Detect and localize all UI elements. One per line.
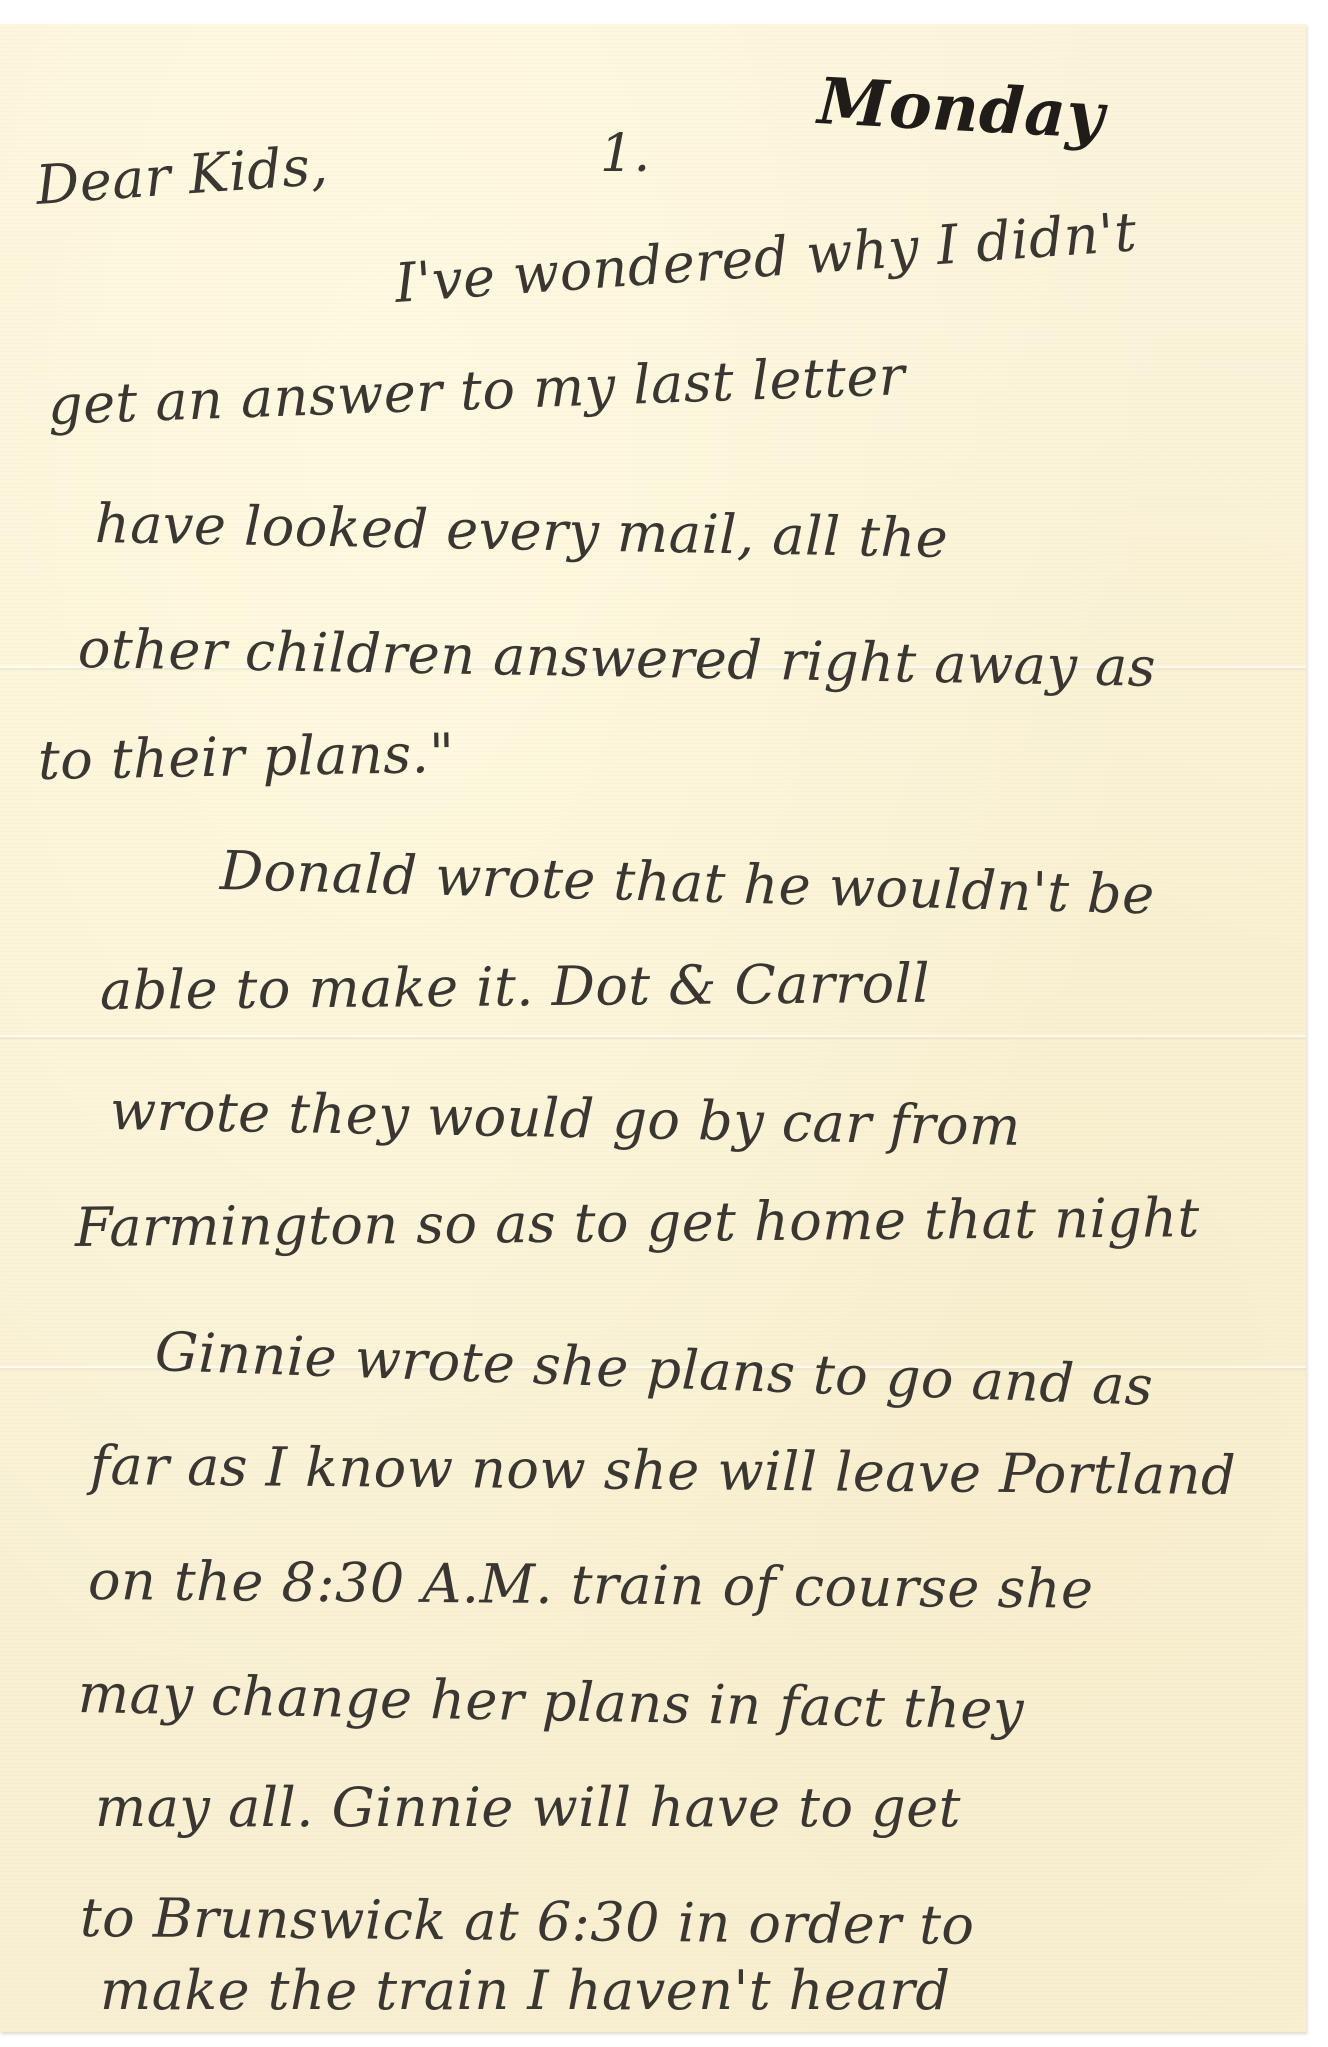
letter-line: far as I know now she will leave Portlan… — [90, 1434, 1237, 1507]
letter-line: have looked every mail, all the — [94, 492, 948, 570]
letter-line: Donald wrote that he wouldn't be — [219, 839, 1155, 926]
letter-line: make the train I haven't heard — [100, 1959, 951, 2022]
fold-line — [0, 1034, 1306, 1040]
date-heading: Monday — [816, 64, 1106, 154]
letter-line: I've wondered why I didn't — [393, 200, 1139, 315]
letter-line: may change her plans in fact they — [77, 1662, 1024, 1742]
letter-line: may all. Ginnie will have to get — [95, 1776, 961, 1839]
letter-line: to their plans." — [37, 722, 455, 792]
letter-line: Farmington so as to get home that night — [75, 1186, 1200, 1259]
letter-line: other children answered right away as — [77, 617, 1156, 699]
letter-line: to Brunswick at 6:30 in order to — [80, 1886, 975, 1957]
letter-line: on the 8:30 A.M. train of course she — [88, 1549, 1094, 1621]
letter-line: get an answer to my last letter — [47, 344, 906, 437]
letter-line: able to make it. Dot & Carroll — [100, 952, 931, 1022]
letter-line: wrote they would go by car from — [109, 1079, 1021, 1158]
letter-page: 1. Monday Dear Kids, I've wondered why I… — [0, 24, 1306, 2032]
page-number: 1. — [600, 124, 651, 184]
letter-line: Ginnie wrote she plans to go and as — [154, 1320, 1154, 1418]
salutation: Dear Kids, — [34, 134, 330, 217]
